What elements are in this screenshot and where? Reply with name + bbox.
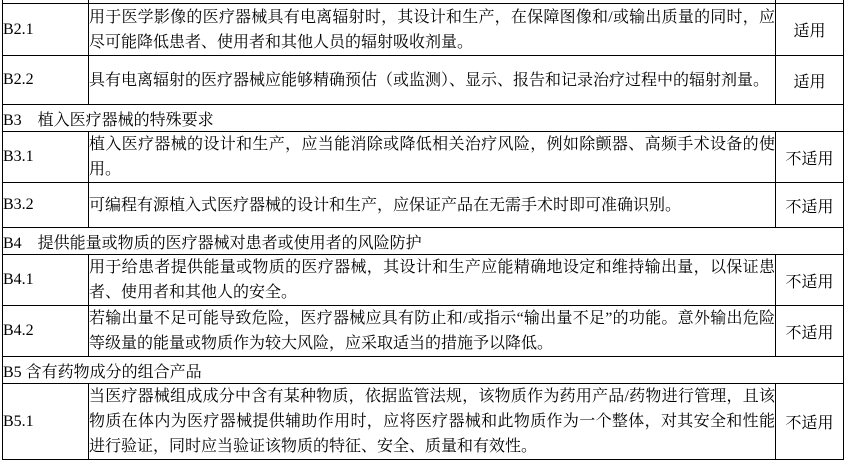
table-row: B3.1 植入医疗器械的设计和生产，应当能消除或降低相关治疗风险，例如除颤器、高… [3, 132, 844, 183]
item-id: B4.2 [3, 306, 89, 357]
section-header-label: B5 含有药物成分的组合产品 [3, 357, 844, 384]
table-row: B4.2 若输出量不足可能导致危险，医疗器械应具有防止和/或指示“输出量不足”的… [3, 306, 844, 357]
section-header-label: B4 提供能量或物质的医疗器械对患者或使用者的风险防护 [3, 228, 844, 255]
item-id: B3.1 [3, 132, 89, 183]
item-applicability-status: 不适用 [776, 255, 844, 306]
item-id: B4.1 [3, 255, 89, 306]
item-applicability-status: 不适用 [776, 384, 844, 460]
section-header-row: B5 含有药物成分的组合产品 [3, 357, 844, 384]
item-applicability-status: 不适用 [776, 306, 844, 357]
requirements-checklist-table: B2.1 用于医学影像的医疗器械具有电离辐射时，其设计和生产，在保障图像和/或输… [2, 0, 844, 460]
item-id: B5.1 [3, 384, 89, 460]
item-requirement-text: 若输出量不足可能导致危险，医疗器械应具有防止和/或指示“输出量不足”的功能。意外… [89, 306, 776, 357]
table-row: B3.2 可编程有源植入式医疗器械的设计和生产，应保证产品在无需手术时即可准确识… [3, 183, 844, 228]
item-id: B2.2 [3, 56, 89, 105]
item-requirement-text: 用于给患者提供能量或物质的医疗器械，其设计和生产应能精确地设定和维持输出量，以保… [89, 255, 776, 306]
item-applicability-status: 不适用 [776, 183, 844, 228]
table-row: B2.1 用于医学影像的医疗器械具有电离辐射时，其设计和生产，在保障图像和/或输… [3, 4, 844, 56]
item-requirement-text: 具有电离辐射的医疗器械应能够精确预估（或监测）、显示、报告和记录治疗过程中的辐射… [89, 56, 776, 105]
section-header-row: B3 植入医疗器械的特殊要求 [3, 105, 844, 132]
item-applicability-status: 适用 [776, 56, 844, 105]
section-header-label: B3 植入医疗器械的特殊要求 [3, 105, 844, 132]
section-header-row: B4 提供能量或物质的医疗器械对患者或使用者的风险防护 [3, 228, 844, 255]
table-row: B5.1 当医疗器械组成成分中含有某种物质，依据监管法规，该物质作为药用产品/药… [3, 384, 844, 460]
item-id: B2.1 [3, 4, 89, 56]
item-requirement-text: 当医疗器械组成成分中含有某种物质，依据监管法规，该物质作为药用产品/药物进行管理… [89, 384, 776, 460]
table-row: B2.2 具有电离辐射的医疗器械应能够精确预估（或监测）、显示、报告和记录治疗过… [3, 56, 844, 105]
item-requirement-text: 植入医疗器械的设计和生产，应当能消除或降低相关治疗风险，例如除颤器、高频手术设备… [89, 132, 776, 183]
item-applicability-status: 不适用 [776, 132, 844, 183]
item-requirement-text: 用于医学影像的医疗器械具有电离辐射时，其设计和生产，在保障图像和/或输出质量的同… [89, 4, 776, 56]
table-row: B4.1 用于给患者提供能量或物质的医疗器械，其设计和生产应能精确地设定和维持输… [3, 255, 844, 306]
item-requirement-text: 可编程有源植入式医疗器械的设计和生产，应保证产品在无需手术时即可准确识别。 [89, 183, 776, 228]
item-id: B3.2 [3, 183, 89, 228]
item-applicability-status: 适用 [776, 4, 844, 56]
